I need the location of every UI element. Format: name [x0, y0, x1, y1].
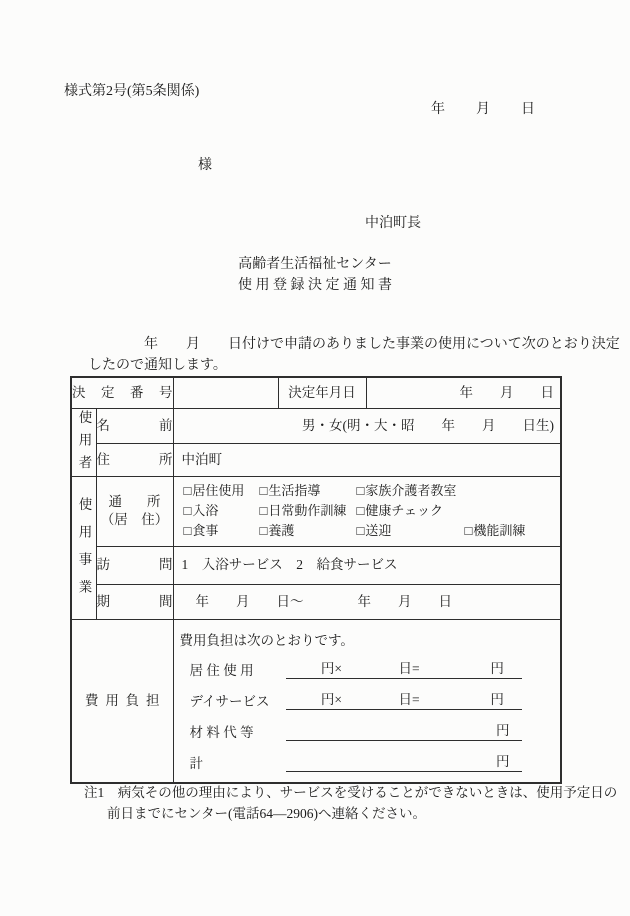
checkbox-label: 食事	[192, 523, 218, 538]
footnote-line1: 注1 病気その他の理由により、サービスを受けることができないときは、使用予定日の	[84, 782, 617, 803]
checkbox-row-1: □居住使用 □生活指導 □家族介護者教室 □入浴 □日常動作訓練 □健康チェック…	[174, 481, 561, 541]
decision-number-value	[173, 377, 278, 408]
checkbox-option: □生活指導	[260, 481, 357, 501]
visit-value: 1 入浴サービス 2 給食サービス	[173, 546, 561, 584]
user-section-label: 使用者	[74, 410, 94, 478]
fee-row-label: 計	[190, 755, 286, 772]
body-line1: 年 月 日付けで申請のありました事業の使用について次のとおり決定	[88, 334, 620, 355]
checkbox-option: □居住使用	[184, 481, 260, 501]
body-paragraph: 年 月 日付けで申請のありました事業の使用について次のとおり決定 したので通知し…	[88, 334, 620, 376]
checkbox-option: □送迎	[357, 521, 465, 541]
decision-form-table: 決定番号 決定年月日 年 月 日 使用者 名前 男・女(明・大・昭 年 月 日生…	[70, 376, 562, 784]
checkbox-option: □食事	[184, 521, 260, 541]
period-value: 年 月 日～ 年 月 日	[173, 584, 561, 619]
commute-label-top: 通所	[97, 493, 173, 511]
table-row-period: 期間 年 月 日～ 年 月 日	[71, 584, 561, 619]
checkbox-label: 健康チェック	[365, 503, 443, 518]
fee-row-label: 材 料 代 等	[190, 724, 286, 741]
fee-row-total: 計 円	[190, 753, 522, 772]
checkbox-icon: □	[260, 503, 268, 518]
checkbox-icon: □	[184, 503, 192, 518]
fee-unit: 円×	[321, 660, 342, 677]
checkbox-spacer	[465, 501, 561, 521]
body-line2: したので通知します。	[88, 355, 620, 376]
checkbox-icon: □	[260, 523, 268, 538]
checkbox-label: 居住使用	[192, 483, 244, 498]
service-checkboxes-cell: □居住使用 □生活指導 □家族介護者教室 □入浴 □日常動作訓練 □健康チェック…	[173, 476, 561, 546]
fee-row-label: デイサービス	[190, 693, 286, 710]
fee-blank-line: 円× 日= 円	[286, 660, 522, 679]
visit-label: 訪問	[96, 546, 173, 584]
name-value: 男・女(明・大・昭 年 月 日生)	[173, 408, 561, 443]
checkbox-option: □入浴	[184, 501, 260, 521]
checkbox-icon: □	[184, 483, 192, 498]
fee-unit: 円	[490, 691, 504, 708]
checkbox-icon: □	[357, 523, 365, 538]
commute-label-cell: 通所 （居 住）	[96, 476, 173, 546]
business-section-cell: 使用事業	[71, 476, 96, 619]
fee-unit: 円×	[321, 691, 342, 708]
checkbox-icon: □	[465, 523, 473, 538]
table-row-fees: 費用負担 費用負担は次のとおりです。 居 住 使 用 円× 日= 円	[71, 619, 561, 783]
header-date-line: 年 月 日	[0, 100, 630, 120]
decision-date-label: 決定年月日	[278, 377, 366, 408]
address-value: 中泊町	[173, 443, 561, 476]
commute-label-bottom: （居 住）	[97, 511, 173, 529]
checkbox-label: 家族介護者教室	[365, 483, 456, 498]
checkbox-icon: □	[357, 483, 365, 498]
footnote: 注1 病気その他の理由により、サービスを受けることができないときは、使用予定日の…	[84, 782, 617, 824]
checkbox-icon: □	[357, 503, 365, 518]
fee-row-residential: 居 住 使 用 円× 日= 円	[190, 660, 522, 679]
checkbox-label: 生活指導	[268, 483, 320, 498]
fee-detail-cell: 費用負担は次のとおりです。 居 住 使 用 円× 日= 円	[173, 619, 561, 783]
checkbox-label: 送迎	[365, 523, 391, 538]
checkbox-label: 養護	[268, 523, 294, 538]
checkbox-spacer	[465, 481, 561, 501]
document-title: 高齢者生活福祉センター 使 用 登 録 決 定 通 知 書	[0, 254, 630, 296]
checkbox-label: 日常動作訓練	[268, 503, 346, 518]
table-row-visit: 訪問 1 入浴サービス 2 給食サービス	[71, 546, 561, 584]
user-section-cell: 使用者	[71, 408, 96, 476]
fee-detail: 費用負担は次のとおりです。 居 住 使 用 円× 日= 円	[174, 620, 561, 772]
fee-blank-line: 円	[286, 722, 522, 741]
checkbox-option: □養護	[260, 521, 357, 541]
fee-row-dayservice: デイサービス 円× 日= 円	[190, 691, 522, 710]
table-row-decision: 決定番号 決定年月日 年 月 日	[71, 377, 561, 408]
fee-section-label: 費用負担	[71, 619, 173, 783]
fee-blank-line: 円	[286, 753, 522, 772]
table-row-name: 使用者 名前 男・女(明・大・昭 年 月 日生)	[71, 408, 561, 443]
fee-unit: 円	[496, 722, 510, 739]
checkbox-label: 入浴	[192, 503, 218, 518]
decision-number-label: 決定番号	[71, 377, 173, 408]
business-section-label: 使用事業	[74, 497, 94, 607]
checkbox-option: □家族介護者教室	[357, 481, 465, 501]
fee-unit: 日=	[399, 691, 420, 708]
address-label: 住所	[96, 443, 173, 476]
document-title-line2: 使 用 登 録 決 定 通 知 書	[0, 275, 630, 296]
addressee-suffix: 様	[198, 156, 212, 176]
document-title-line1: 高齢者生活福祉センター	[0, 254, 630, 275]
fee-intro: 費用負担は次のとおりです。	[180, 632, 561, 650]
decision-date-value: 年 月 日	[366, 377, 561, 408]
checkbox-option: □機能訓練	[465, 521, 561, 541]
name-label: 名前	[96, 408, 173, 443]
fee-unit: 円	[496, 753, 510, 770]
period-label: 期間	[96, 584, 173, 619]
table-row-commute: 使用事業 通所 （居 住） □居住使用 □生活指導 □家族介護者教室 □入浴 □…	[71, 476, 561, 546]
fee-unit: 日=	[399, 660, 420, 677]
checkbox-option: □日常動作訓練	[260, 501, 357, 521]
fee-unit: 円	[490, 660, 504, 677]
checkbox-icon: □	[184, 523, 192, 538]
fee-blank-line: 円× 日= 円	[286, 691, 522, 710]
fee-row-label: 居 住 使 用	[190, 662, 286, 679]
checkbox-icon: □	[260, 483, 268, 498]
checkbox-option: □健康チェック	[357, 501, 465, 521]
document-page: 様式第2号(第5条関係) 年 月 日 様 中泊町長 高齢者生活福祉センター 使 …	[0, 0, 630, 916]
checkbox-label: 機能訓練	[473, 523, 525, 538]
footnote-line2: 前日までにセンター(電話64―2906)へ連絡ください。	[84, 803, 617, 824]
fee-row-materials: 材 料 代 等 円	[190, 722, 522, 741]
sender-name: 中泊町長	[365, 214, 421, 234]
table-row-address: 住所 中泊町	[71, 443, 561, 476]
